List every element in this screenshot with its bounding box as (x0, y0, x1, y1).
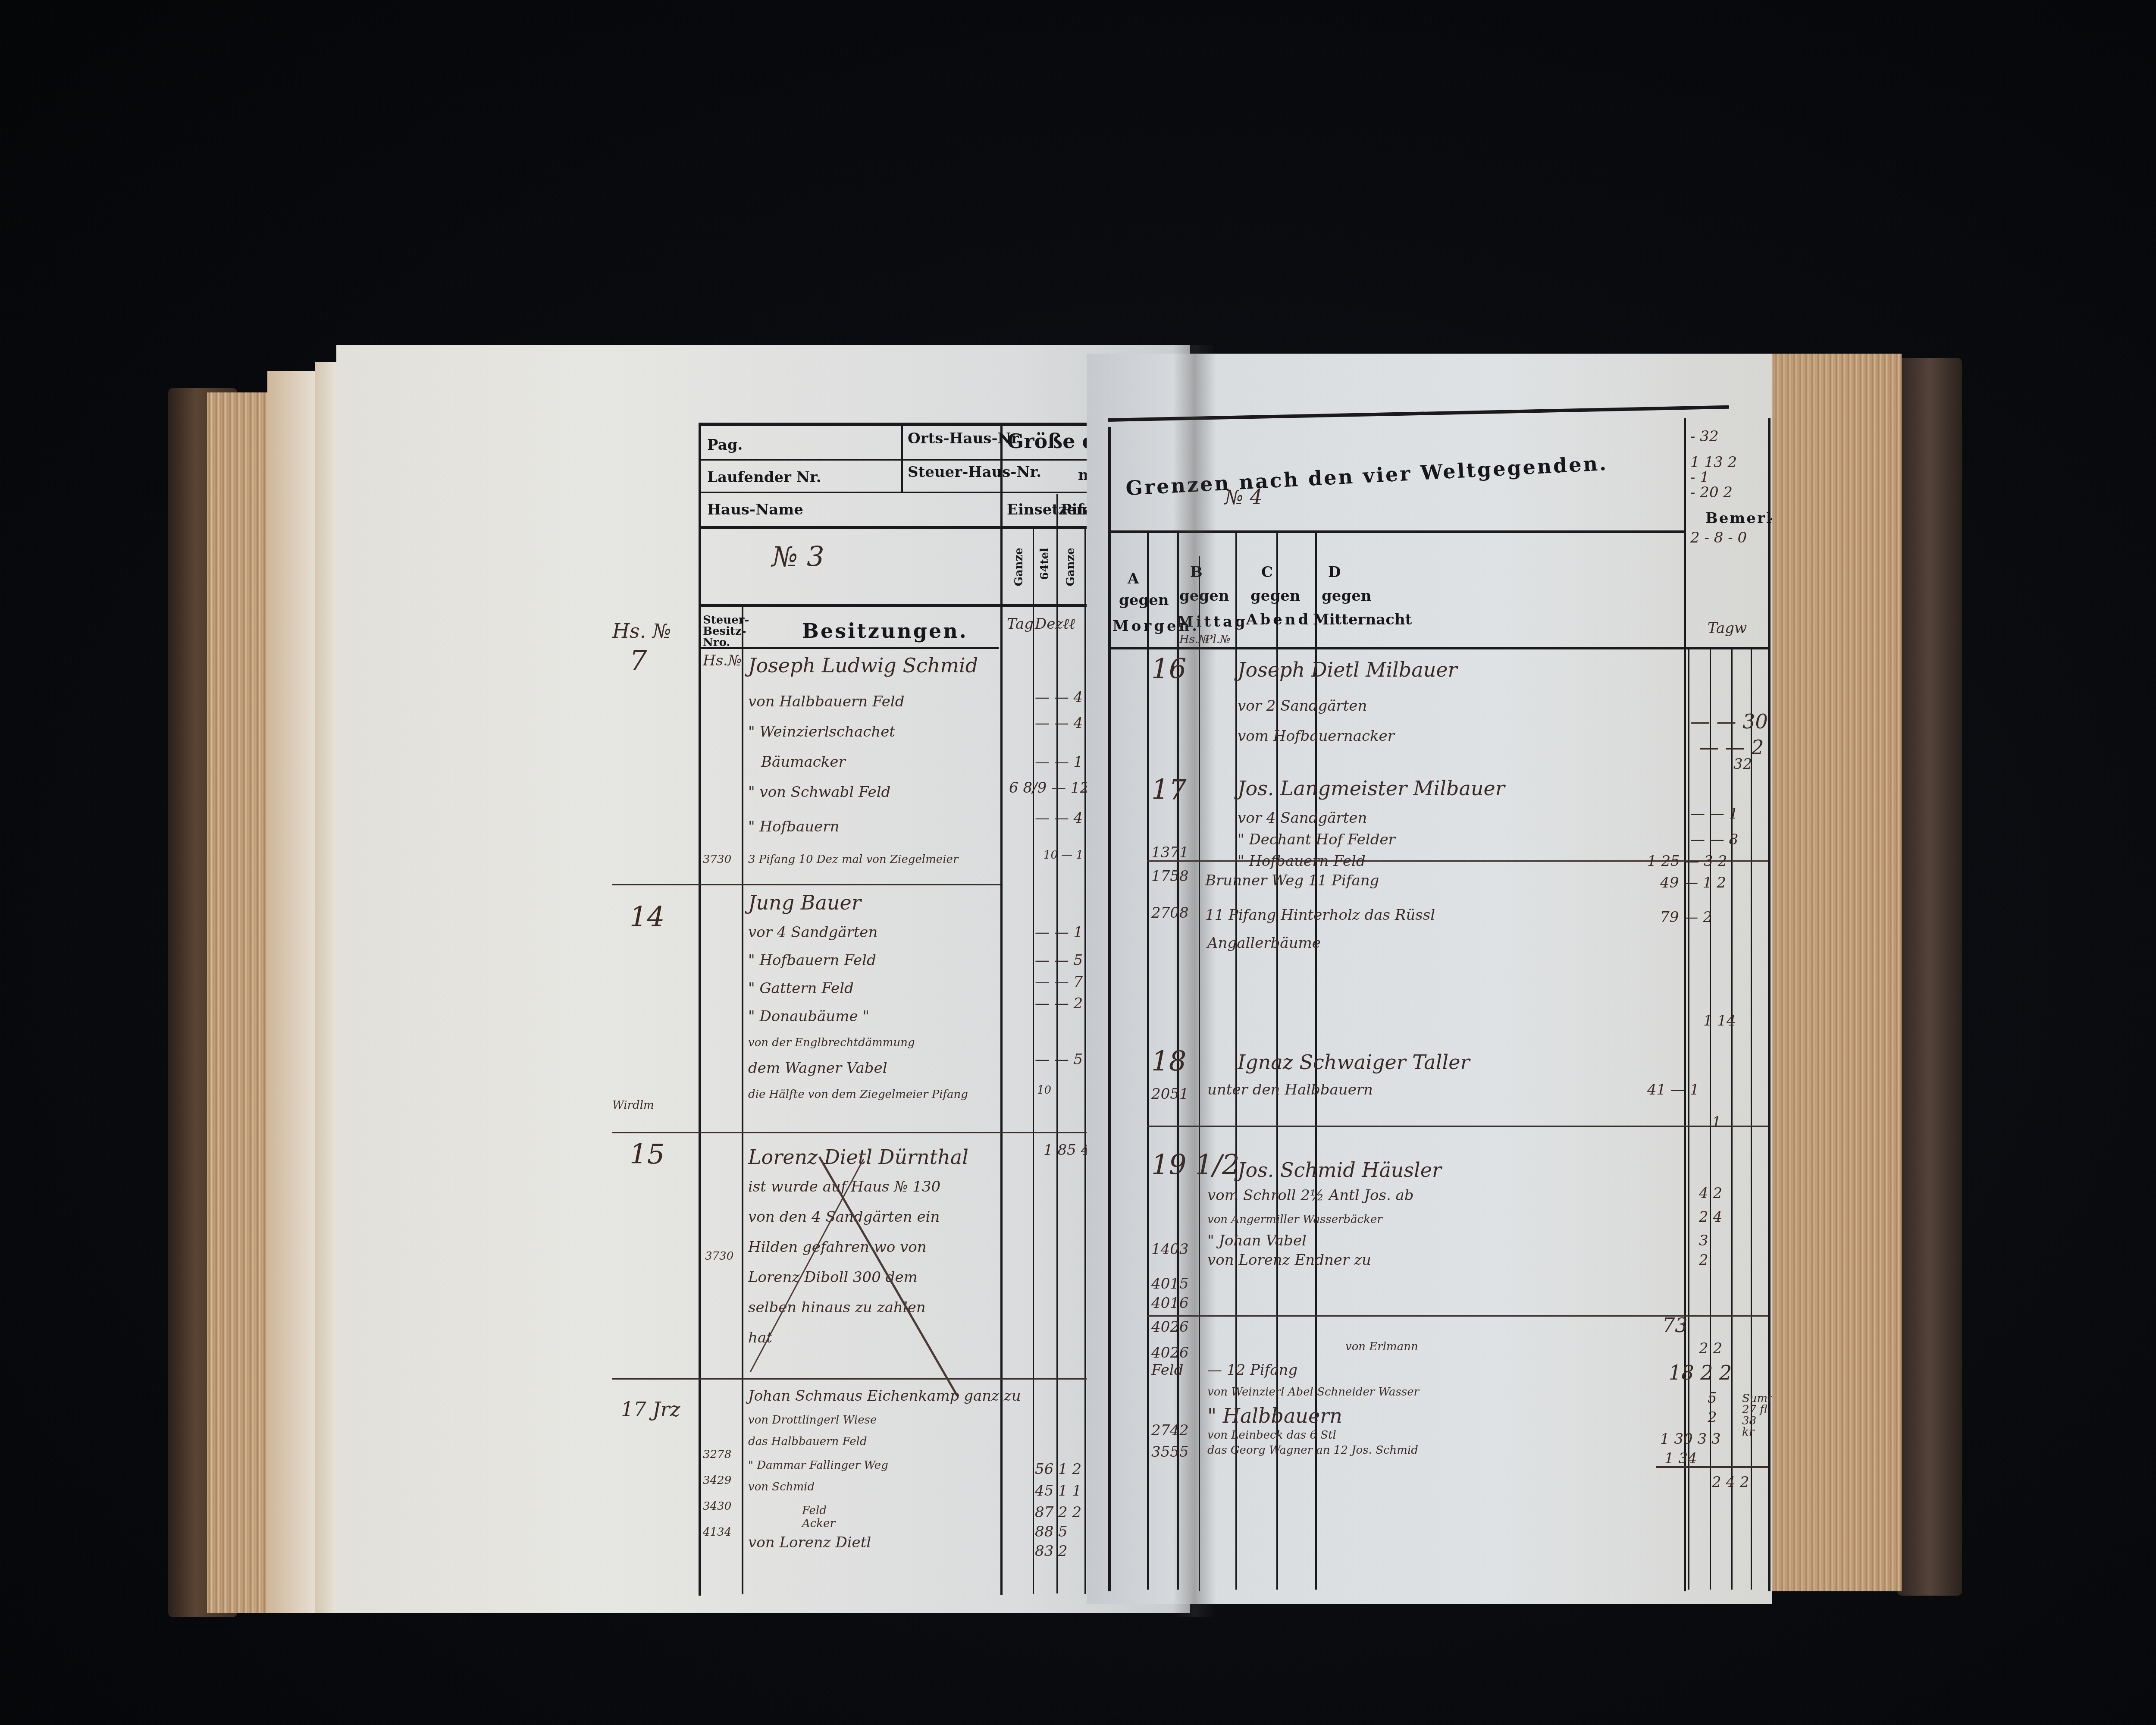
calc-line: 2 - 8 - 0 (1690, 530, 1747, 545)
area-value: 56 1 2 (1035, 1462, 1081, 1477)
entry-total: 32 (1733, 757, 1752, 772)
owner-name: Joseph Dietl Milbauer (1238, 660, 1457, 680)
area-value: 49 — 1 2 (1660, 875, 1726, 890)
parcel-line: von Lorenz Dietl (748, 1535, 871, 1550)
parcel-line: " Halbbauern (1207, 1406, 1342, 1426)
pag-label: Pag. (707, 438, 743, 452)
steuer-nr: 3730 (705, 1251, 733, 1262)
subcol-ganze-2: Ganze (1065, 548, 1076, 586)
owner-name: Joseph Ludwig Schmid (748, 655, 978, 675)
steuer-besitz-nro-label: Steuer-Besitz-Nro. (703, 615, 740, 648)
parcel-line: " Dammar Fallinger Weg (748, 1460, 888, 1471)
steuer-nr: 3429 (703, 1475, 731, 1486)
open-ledger-book: Pag. Orts-Haus-Nr. Laufender Nr. Steuer-… (168, 345, 1966, 1621)
col-rule (1751, 649, 1752, 1590)
owner-name: Jos. Schmid Häusler (1238, 1160, 1442, 1180)
owner-name: Jung Bauer (748, 893, 861, 913)
area-value: 41 — 1 (1647, 1082, 1699, 1097)
parcel-line: Hilden gefahren wo von (748, 1240, 927, 1255)
margin-note: 15 (630, 1141, 664, 1168)
parcel-line: von Drottlingerl Wiese (748, 1414, 877, 1426)
area-value: 3 (1699, 1233, 1708, 1248)
parcel-line: vom Schroll 2½ Antl Jos. ab (1207, 1188, 1414, 1203)
entry-divider (612, 1378, 1169, 1380)
parcel-line: die Hälfte von dem Ziegelmeier Pifang (748, 1089, 968, 1100)
parcel-line: Acker (802, 1518, 835, 1529)
loose-leaf-outer (267, 371, 319, 1613)
summe-note: Summe 27 fl 38 kr (1742, 1393, 1768, 1438)
area-value: 18 2 2 (1669, 1363, 1732, 1383)
parcel-line: selben hinaus zu zahlen (748, 1300, 926, 1315)
parcel-line: das Georg Wagner an 12 Jos. Schmid (1207, 1445, 1418, 1456)
calc-line: - 20 2 (1690, 485, 1733, 500)
direction-letter: D (1328, 565, 1341, 580)
haus-name-label: Haus-Name (707, 502, 803, 517)
parcel-line: dem Wagner Vabel (748, 1061, 887, 1076)
area-value: 73 (1662, 1315, 1688, 1335)
area-value: 1 30 3 3 (1660, 1432, 1721, 1446)
area-value: 45 1 1 (1035, 1483, 1081, 1498)
area-value: 2 (1699, 1253, 1708, 1267)
area-value: 79 — 2 (1660, 910, 1712, 925)
area-value: 1 34 (1664, 1451, 1697, 1466)
col-rule (1731, 649, 1733, 1590)
area-value: 87 2 2 (1035, 1505, 1081, 1520)
area-value: 5 (1708, 1391, 1717, 1405)
entry-divider (1147, 1126, 1768, 1127)
steuer-haus-nr-label: Steuer-Haus-Nr. (908, 465, 1041, 480)
owner-name: Johan Schmaus Eichenkamp ganz zu (748, 1389, 1021, 1403)
unit-mark: Tagw (1708, 621, 1747, 636)
laufender-nr-label: Laufender Nr. (707, 470, 821, 485)
col-rule (1688, 649, 1689, 1590)
parcel-line: " Hofbauern Feld (748, 953, 876, 968)
owner-name: Lorenz Dietl Dürnthal (748, 1147, 968, 1167)
area-value: — — 4 (1035, 716, 1083, 731)
parcel-line: ist wurde auf Haus № 130 (748, 1179, 940, 1194)
area-value: — — 1 (1035, 925, 1083, 940)
margin-note: 17 Jrz (621, 1399, 680, 1419)
area-value: 10 — 1 (1044, 850, 1083, 861)
parcel-line: das Halbbauern Feld (748, 1436, 867, 1447)
margin-note: 14 (630, 903, 664, 931)
steuer-col-rule (742, 607, 743, 1594)
entry-total: 1 14 (1703, 1013, 1736, 1028)
parcel-line: " Johan Vabel (1207, 1233, 1307, 1248)
parcel-line: von Schmid (748, 1481, 815, 1493)
unit-mark: Tag (1007, 617, 1034, 631)
steuer-nr: 3730 (703, 854, 731, 865)
unit-mark: Dez (1035, 617, 1063, 631)
area-value: — — 1 (1690, 806, 1738, 821)
parcel-line: von Erlmann (1345, 1341, 1418, 1352)
calc-line: - 1 (1690, 470, 1709, 485)
direction-name-abend: Abend (1246, 612, 1311, 627)
book-gutter-shadow (1173, 345, 1216, 1617)
subcol-64tel: 64tel (1039, 548, 1050, 580)
steuer-nr: Hs.№ (703, 653, 742, 668)
parcel-line: von Halbbauern Feld (748, 694, 904, 709)
parcel-line: von Leinbeck das 6 Stl (1207, 1430, 1336, 1441)
area-value: 10 (1037, 1085, 1051, 1096)
area-value: — — 1 (1035, 755, 1083, 769)
parcel-line: von Angermiller Wasserbäcker (1207, 1214, 1382, 1225)
col-rule (1710, 649, 1711, 1590)
area-value: 6 8/9 — 12 (1009, 781, 1089, 795)
parcel-line: von Lorenz Endner zu (1207, 1253, 1371, 1267)
parcel-line: " Gattern Feld (748, 981, 854, 996)
parcel-line: Angallerbäume (1207, 936, 1321, 950)
direction-letter: A (1128, 571, 1139, 586)
area-value: — — 2 (1699, 737, 1764, 757)
bemerkungen-label: Bemerkungen. (1705, 511, 1772, 526)
bemerkungen-right-rule (1768, 418, 1771, 1591)
parcel-line: vom Hofbauernacker (1238, 729, 1395, 743)
area-value: — — 4 (1035, 811, 1083, 825)
area-value: 1 25 — 3 2 (1647, 854, 1727, 869)
parcel-line: von Weinzierl Abel Schneider Wasser (1207, 1386, 1419, 1398)
left-frame-rule (1108, 427, 1111, 1591)
margin-note: Hs. № (612, 621, 671, 641)
parcel-line: von der Englbrechtdämmung (748, 1037, 915, 1048)
col-rule (1147, 533, 1149, 1590)
parcel-line: " Hofbauern Feld (1238, 854, 1366, 869)
left-page-number-handwritten: № 3 (772, 543, 824, 571)
parcel-line: Bäumacker (761, 755, 846, 769)
margin-note: 7 (630, 647, 647, 674)
calc-line: - 32 (1690, 429, 1719, 444)
page-block-right (1768, 354, 1902, 1591)
direction-gegen: gegen (1322, 589, 1372, 603)
entry-divider (612, 884, 1000, 885)
calc-line: 1 13 2 (1690, 455, 1737, 470)
steuer-nr: 3430 (703, 1501, 731, 1512)
area-value: 2 (1708, 1410, 1717, 1425)
subcol-ganze: Ganze (1013, 548, 1025, 586)
direction-gegen: gegen (1119, 593, 1169, 608)
area-value: 4 2 (1699, 1186, 1722, 1201)
right-page-number-handwritten: № 4 (1225, 487, 1262, 507)
left-frame-rule (699, 423, 701, 1596)
entry-divider (612, 1132, 1169, 1133)
parcel-line: " Hofbauern (748, 819, 839, 834)
parcel-line: Feld (802, 1505, 827, 1516)
parcel-line: " Weinzierlschachet (748, 724, 895, 739)
direction-name-mitternacht: Mitternacht (1313, 612, 1412, 627)
header-mid-divider (901, 426, 903, 492)
total-underline (1656, 1466, 1768, 1468)
parcel-line: von den 4 Sandgärten ein (748, 1210, 940, 1224)
area-value: 2 2 (1699, 1341, 1722, 1356)
parcel-line: " Dechant Hof Felder (1238, 832, 1395, 847)
parcel-line: 11 Pifang Hinterholz das Rüssl (1205, 908, 1435, 922)
area-value: 83 2 (1035, 1544, 1068, 1559)
owner-name: Ignaz Schwaiger Taller (1238, 1052, 1470, 1072)
orts-haus-nr-label: Orts-Haus-Nr. (908, 431, 1022, 446)
col-rule (1033, 529, 1034, 1594)
left-page: Pag. Orts-Haus-Nr. Laufender Nr. Steuer-… (336, 345, 1190, 1613)
parcel-line: vor 4 Sandgärten (748, 925, 877, 940)
parcel-line: Brunner Weg 11 Pifang (1205, 873, 1379, 888)
besitzungen-label: Besitzungen. (802, 621, 968, 641)
direction-gegen: gegen (1250, 589, 1300, 603)
area-value: — — 4 (1035, 690, 1083, 705)
entry-total: 1 (1712, 1115, 1721, 1129)
area-value: 88 5 (1035, 1524, 1068, 1539)
area-value: — — 5 (1035, 953, 1083, 968)
parcel-line: 3 Pifang 10 Dez mal von Ziegelmeier (748, 854, 958, 865)
parcel-line: — 12 Pifang (1207, 1363, 1297, 1377)
col-rule (1056, 494, 1058, 1593)
parcel-line: vor 2 Sandgärten (1238, 699, 1367, 713)
area-value: — — 30 (1690, 712, 1768, 731)
steuer-nr: 3278 (703, 1449, 731, 1460)
margin-note: Wirdlm (612, 1100, 654, 1111)
area-value: — — 8 (1690, 832, 1738, 847)
steuer-nr: 4134 (703, 1527, 731, 1538)
groesse-left-rule (1000, 426, 1003, 1595)
parcel-line: vor 4 Sandgärten (1238, 811, 1367, 825)
owner-name: Jos. Langmeister Milbauer (1238, 778, 1505, 798)
parcel-line: " Donaubäume " (748, 1009, 869, 1024)
direction-letter: C (1261, 565, 1273, 580)
parcel-line: " von Schwabl Feld (748, 785, 890, 800)
unit-mark: ℓℓ (1063, 617, 1075, 631)
besitzungen-header-rule (701, 647, 999, 649)
area-value: 2 4 (1699, 1210, 1722, 1224)
bemerkungen-left-rule (1684, 418, 1686, 1591)
book-cover-right (1897, 358, 1962, 1596)
entry-total: 2 4 2 (1712, 1475, 1749, 1490)
parcel-line: unter den Halbbauern (1207, 1082, 1373, 1097)
